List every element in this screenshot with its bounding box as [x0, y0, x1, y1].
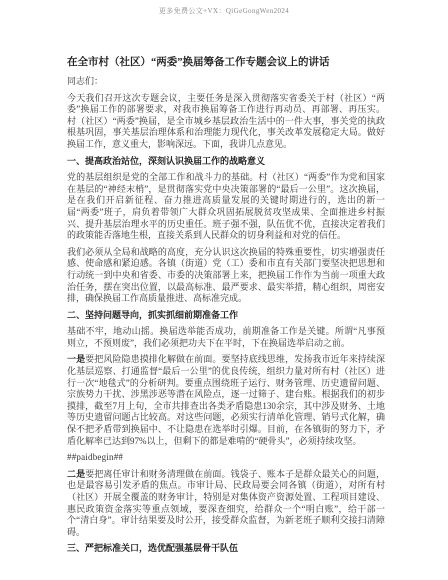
- section-2-point-2: 二是要把离任审计和财务清理做在前面。钱袋子、账本子是群众最关心的问题，也是最容易…: [67, 469, 385, 539]
- section-2-point-1: 一是要把风险隐患摸排化解做在前面。要坚持底线思维，发扬我市近年来持续深化基层巡察…: [67, 354, 385, 447]
- section-3-heading: 三、严把标准关口，选优配强基层骨干队伍: [67, 543, 385, 555]
- point-2-text: 要把离任审计和财务清理做在前面。钱袋子、账本子是群众最关心的问题，也是最容易引发…: [67, 469, 385, 537]
- section-1-paragraph-2: 我们必须从全局和战略的高度，充分认识这次换届的特殊重要性，切实增强责任感、使命感…: [67, 247, 385, 305]
- point-1-lead: 一是: [67, 354, 85, 364]
- paid-begin-marker: ##paidbegin##: [67, 452, 385, 464]
- section-1-paragraph-1: 党的基层组织是党的全部工作和战斗力的基础。村（社区）“两委”作为党和国家在基层的…: [67, 172, 385, 242]
- doc-title: 在全市村（社区）“两委”换届筹备工作专题会议上的讲话: [67, 56, 385, 69]
- watermark-text: 更多免费公文+VX：QiGeGongWen2024: [0, 6, 448, 16]
- salutation: 同志们：: [67, 76, 385, 88]
- section-1-heading: 一、提高政治站位，深刻认识换届工作的战略意义: [67, 156, 385, 168]
- document-content: 在全市村（社区）“两委”换届筹备工作专题会议上的讲话 同志们： 今天我们召开这次…: [67, 56, 385, 560]
- section-2-paragraph-1: 基础不牢，地动山摇。换届选举能否成功，前期准备工作是关键。所谓“凡事预则立，不预…: [67, 326, 385, 349]
- intro-paragraph: 今天我们召开这次专题会议，主要任务是深入贯彻落实省委关于村（社区）“两委”换届工…: [67, 93, 385, 151]
- point-2-lead: 二是: [67, 469, 85, 479]
- section-2-heading: 二、坚持问题导向，抓实抓细前期准备工作: [67, 310, 385, 322]
- document-page: 更多免费公文+VX：QiGeGongWen2024 在全市村（社区）“两委”换届…: [0, 0, 448, 580]
- point-1-text: 要把风险隐患摸排化解做在前面。要坚持底线思维，发扬我市近年来持续深化基层巡察、打…: [67, 354, 385, 445]
